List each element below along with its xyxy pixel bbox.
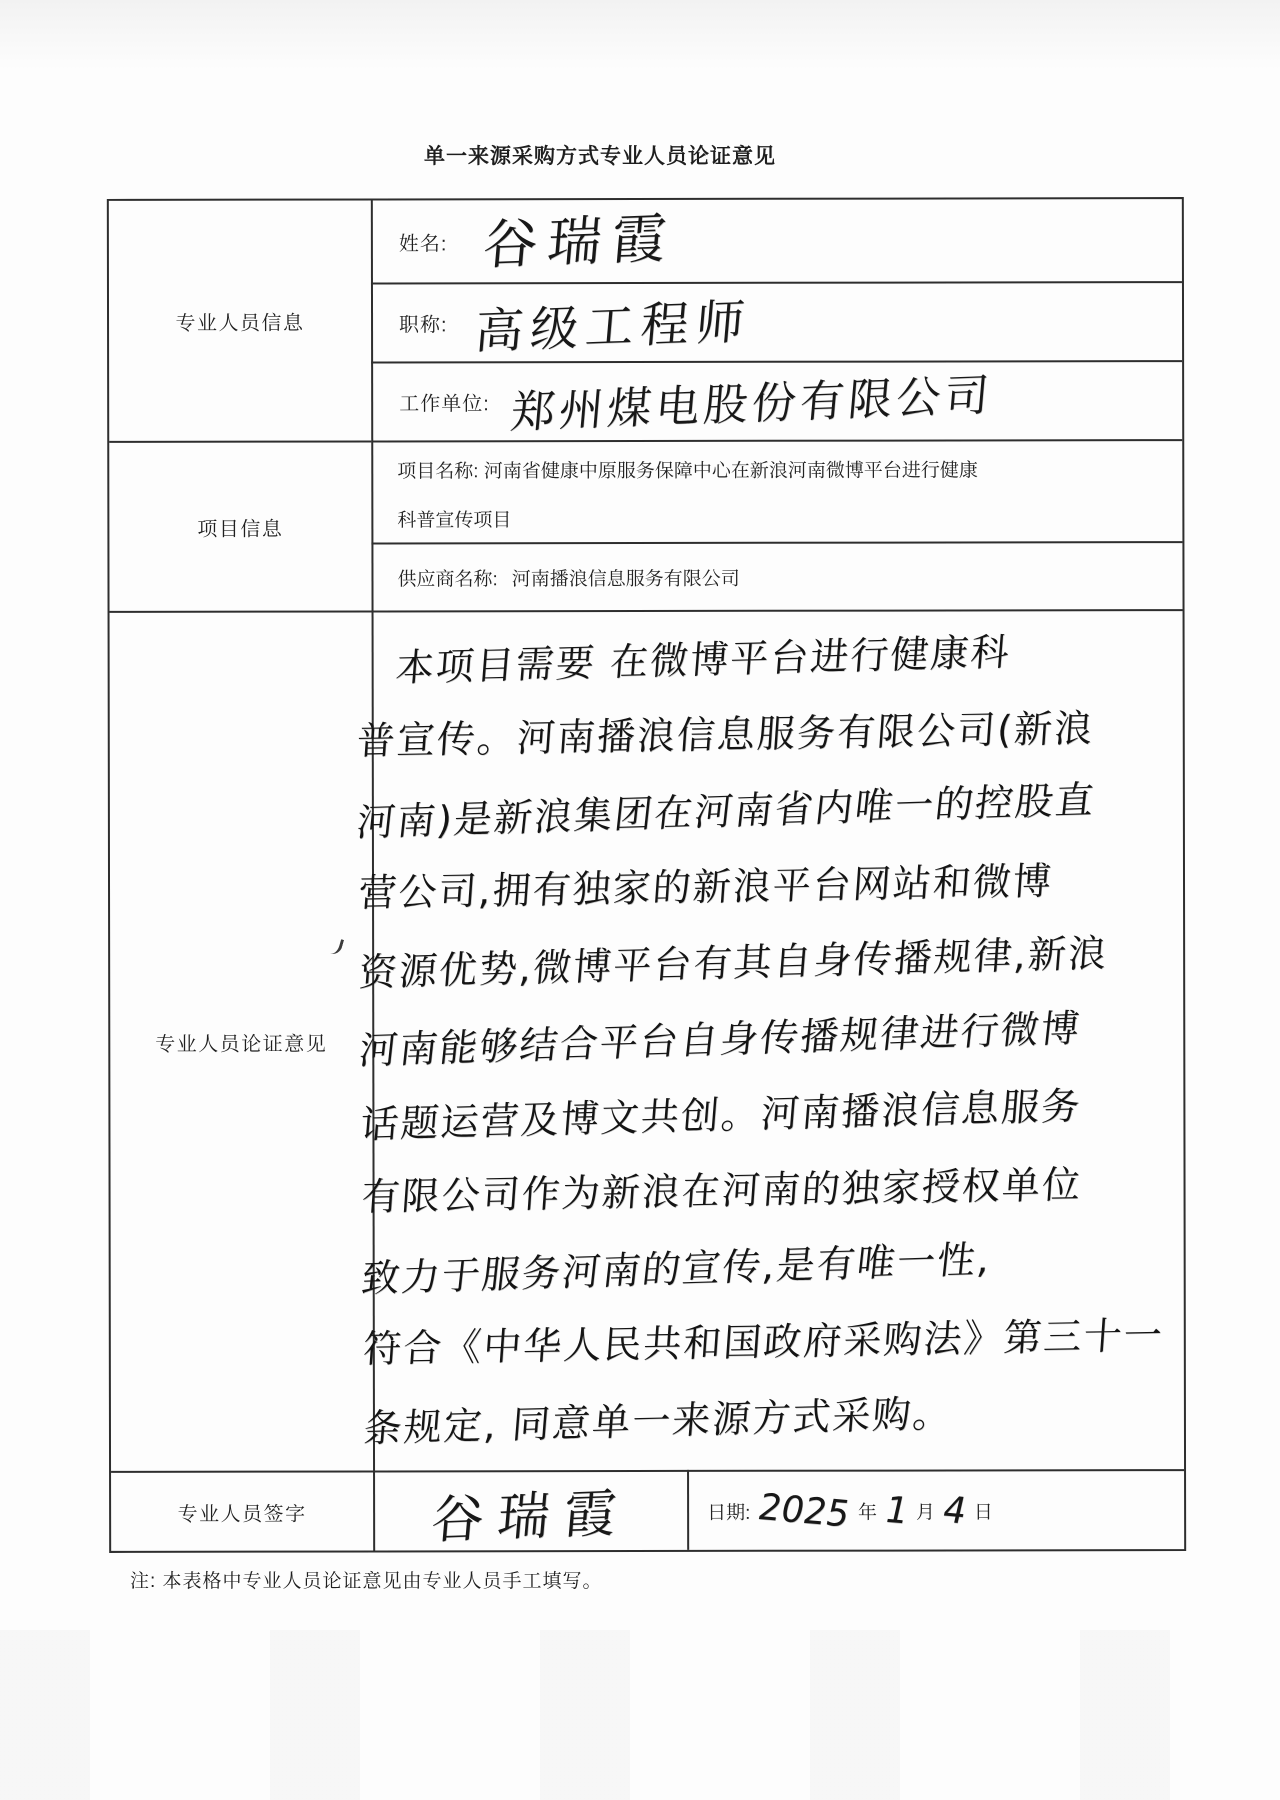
date-cell: 日期: 2025 年 1 月 4 日 bbox=[687, 1469, 1184, 1550]
date-label: 日期: bbox=[707, 1497, 750, 1524]
job-title-handwritten-value: 高级工程师 bbox=[472, 283, 754, 362]
row-job-title: 职称: 高级工程师 bbox=[371, 281, 1182, 361]
document-title: 单一来源采购方式专业人员论证意见 bbox=[0, 140, 1200, 170]
footnote: 注: 本表格中专业人员论证意见由专业人员手工填写。 bbox=[130, 1566, 603, 1593]
signature-handwritten-value: 谷瑞霞 bbox=[429, 1470, 634, 1552]
section-label-project-info: 项目信息 bbox=[109, 440, 371, 610]
name-label: 姓名: bbox=[399, 227, 448, 256]
date-year-handwritten: 2025 bbox=[754, 1486, 853, 1535]
project-name-value-line2: 科普宣传项目 bbox=[397, 504, 1182, 532]
project-name-line1: 项目名称: 河南省健康中原服务保障中心在新浪河南微博平台进行健康 bbox=[397, 455, 1182, 483]
supplier-label: 供应商名称: bbox=[397, 564, 497, 591]
date-year-unit: 年 bbox=[858, 1497, 877, 1524]
row-work-unit: 工作单位: 郑州煤电股份有限公司 bbox=[371, 360, 1182, 440]
section-label-personnel-info: 专业人员信息 bbox=[109, 200, 371, 440]
scan-artifact-top bbox=[0, 0, 1280, 70]
scan-artifact-bottom bbox=[0, 1630, 1280, 1800]
section-label-opinion: 专业人员论证意见 bbox=[110, 610, 374, 1470]
form-table: 专业人员信息 姓名: 谷瑞霞 职称: 高级工程师 工作单位: 郑州煤电股份有限公… bbox=[107, 197, 1186, 1553]
row-project-name: 项目名称: 河南省健康中原服务保障中心在新浪河南微博平台进行健康 科普宣传项目 bbox=[371, 439, 1182, 542]
section-label-signature: 专业人员签字 bbox=[111, 1470, 373, 1550]
name-handwritten-value: 谷瑞霞 bbox=[480, 195, 679, 279]
opinion-cell: 本项目需要 在微博平台进行健康科 普宣传。河南播浪信息服务有限公司(新浪 河南)… bbox=[372, 609, 1184, 1470]
project-name-value-line1: 河南省健康中原服务保障中心在新浪河南微博平台进行健康 bbox=[484, 460, 978, 482]
date-day-unit: 日 bbox=[974, 1497, 993, 1524]
date-month-unit: 月 bbox=[916, 1497, 935, 1524]
date-day-handwritten: 4 bbox=[939, 1489, 971, 1532]
work-unit-handwritten-value: 郑州煤电股份有限公司 bbox=[508, 359, 995, 441]
supplier-value: 河南播浪信息服务有限公司 bbox=[512, 563, 740, 590]
scanned-form-page: 单一来源采购方式专业人员论证意见 专业人员信息 姓名: 谷瑞霞 职称: 高级工程… bbox=[0, 0, 1280, 1800]
work-unit-label: 工作单位: bbox=[399, 387, 490, 416]
signature-cell: 谷瑞霞 bbox=[373, 1470, 687, 1551]
job-title-label: 职称: bbox=[399, 308, 448, 337]
row-name: 姓名: 谷瑞霞 bbox=[371, 199, 1182, 282]
project-name-label: 项目名称: bbox=[397, 461, 478, 482]
opinion-handwritten-text: 本项目需要 在微博平台进行健康科 普宣传。河南播浪信息服务有限公司(新浪 河南)… bbox=[370, 616, 1188, 1460]
date-month-handwritten: 1 bbox=[881, 1489, 913, 1532]
row-supplier: 供应商名称: 河南播浪信息服务有限公司 bbox=[371, 541, 1182, 610]
